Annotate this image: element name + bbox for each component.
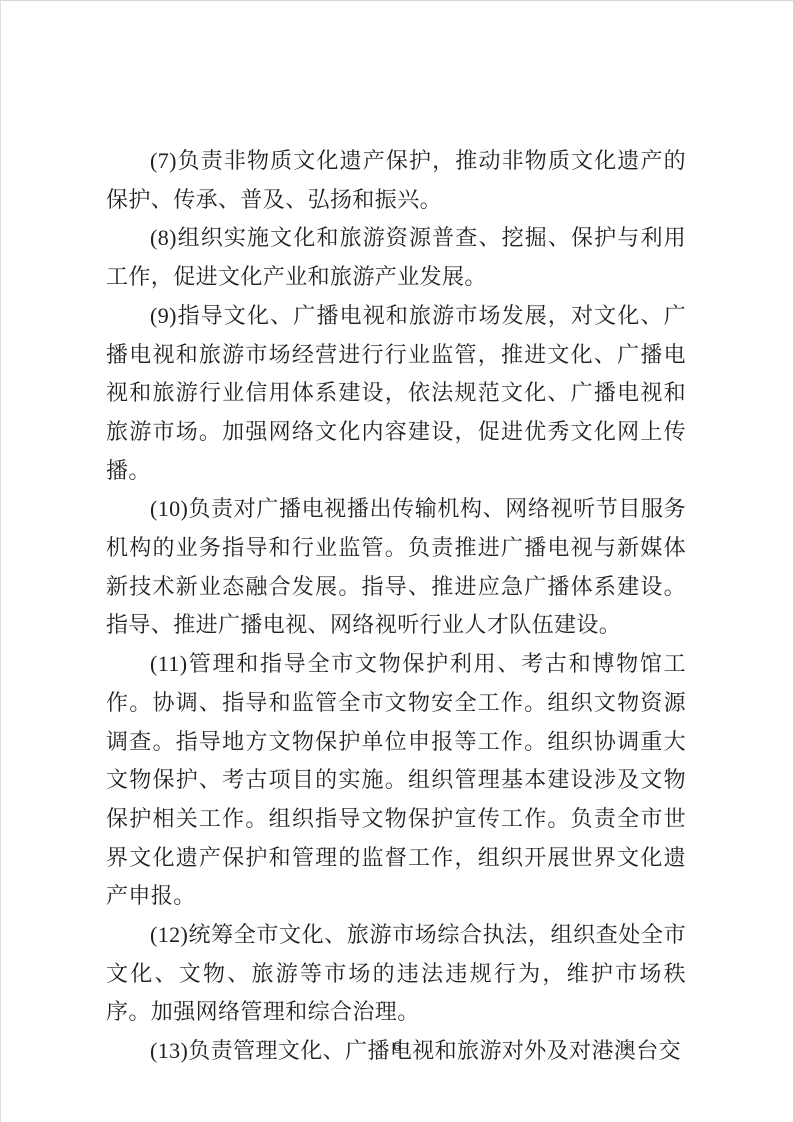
paragraph-item-7: (7)负责非物质文化遗产保护，推动非物质文化遗产的保护、传承、普及、弘扬和振兴。 (106, 142, 686, 219)
paragraph-item-11: (11)管理和指导全市文物保护利用、考古和博物馆工作。协调、指导和监管全市文物安… (106, 645, 686, 916)
document-body: (7)负责非物质文化遗产保护，推动非物质文化遗产的保护、传承、普及、弘扬和振兴。… (106, 142, 686, 1071)
paragraph-item-10: (10)负责对广播电视播出传输机构、网络视听节目服务机构的业务指导和行业监管。负… (106, 490, 686, 645)
paragraph-item-8: (8)组织实施文化和旅游资源普查、挖掘、保护与利用工作，促进文化产业和旅游产业发… (106, 219, 686, 296)
document-page: (7)负责非物质文化遗产保护，推动非物质文化遗产的保护、传承、普及、弘扬和振兴。… (0, 0, 793, 1122)
page-number: 6 (1, 1037, 793, 1057)
paragraph-item-12: (12)统筹全市文化、旅游市场综合执法，组织查处全市文化、文物、旅游等市场的违法… (106, 916, 686, 1032)
paragraph-item-9: (9)指导文化、广播电视和旅游市场发展，对文化、广播电视和旅游市场经营进行行业监… (106, 297, 686, 491)
